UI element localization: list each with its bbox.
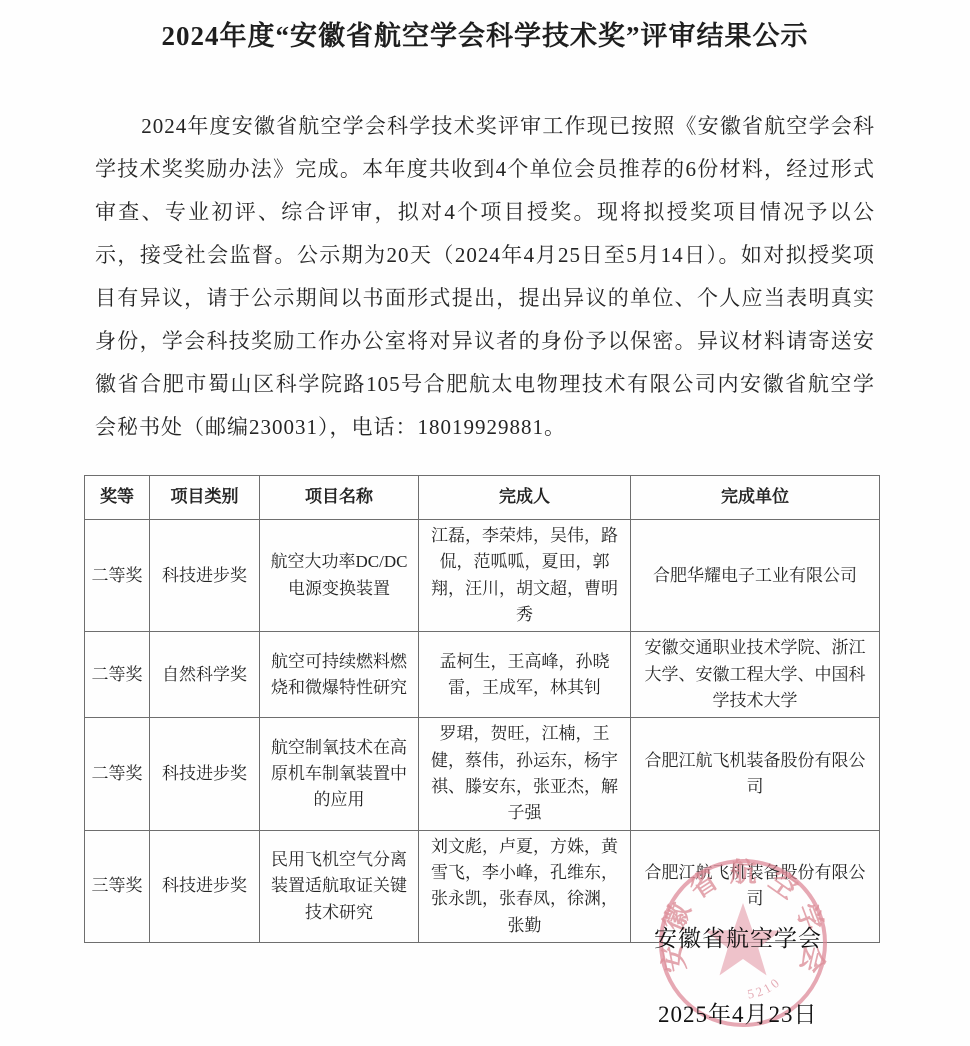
table-cell: 江磊，李荣炜，吴伟，路侃，范呱呱，夏田，郭翔，汪川，胡文超，曹明秀	[419, 520, 631, 632]
table-header-row: 奖等 项目类别 项目名称 完成人 完成单位	[85, 476, 880, 520]
table-row: 二等奖科技进步奖航空制氧技术在高原机车制氧装置中的应用罗珺，贺旺，江楠，王健，蔡…	[85, 718, 880, 830]
svg-text:5210: 5210	[746, 974, 784, 1002]
table-cell: 二等奖	[85, 520, 150, 632]
table-cell: 二等奖	[85, 718, 150, 830]
table-cell: 航空制氧技术在高原机车制氧装置中的应用	[260, 718, 419, 830]
table-cell: 合肥江航飞机装备股份有限公司	[631, 830, 880, 942]
table-cell: 安徽交通职业技术学院、浙江大学、安徽工程大学、中国科学技术大学	[631, 632, 880, 718]
signature-date: 2025年4月23日	[658, 996, 818, 1029]
table-cell: 航空大功率DC/DC电源变换装置	[260, 520, 419, 632]
column-header-project-name: 项目名称	[260, 476, 419, 520]
table-cell: 二等奖	[85, 632, 150, 718]
table-cell: 民用飞机空气分离装置适航取证关键技术研究	[260, 830, 419, 942]
column-header-project-category: 项目类别	[150, 476, 260, 520]
column-header-completing-unit: 完成单位	[631, 476, 880, 520]
seal-code-digits: 5210	[746, 974, 784, 1002]
table-cell: 三等奖	[85, 830, 150, 942]
table-row: 二等奖科技进步奖航空大功率DC/DC电源变换装置江磊，李荣炜，吴伟，路侃，范呱呱…	[85, 520, 880, 632]
scanned-notice-page: 2024年度“安徽省航空学会科学技术奖”评审结果公示 2024年度安徽省航空学会…	[0, 0, 970, 1046]
table-cell: 合肥华耀电子工业有限公司	[631, 520, 880, 632]
table-cell: 科技进步奖	[150, 520, 260, 632]
table-cell: 孟柯生，王高峰，孙晓雷，王成军，林其钊	[419, 632, 631, 718]
table-cell: 科技进步奖	[150, 830, 260, 942]
award-results-table: 奖等 项目类别 项目名称 完成人 完成单位 二等奖科技进步奖航空大功率DC/DC…	[84, 475, 880, 943]
table-cell: 刘文彪，卢夏，方姝，黄雪飞，李小峰，孔维东，张永凯，张春凤，徐渊，张勤	[419, 830, 631, 942]
page-title: 2024年度“安徽省航空学会科学技术奖”评审结果公示	[0, 0, 970, 53]
table-cell: 罗珺，贺旺，江楠，王健，蔡伟，孙运东，杨宇祺、滕安东，张亚杰，解子强	[419, 718, 631, 830]
table-body: 二等奖科技进步奖航空大功率DC/DC电源变换装置江磊，李荣炜，吴伟，路侃，范呱呱…	[85, 520, 880, 943]
notice-body-paragraph: 2024年度安徽省航空学会科学技术奖评审工作现已按照《安徽省航空学会科学技术奖奖…	[95, 105, 875, 449]
table-row: 二等奖自然科学奖航空可持续燃料燃烧和微爆特性研究孟柯生，王高峰，孙晓雷，王成军，…	[85, 632, 880, 718]
table-cell: 自然科学奖	[150, 632, 260, 718]
table-cell: 航空可持续燃料燃烧和微爆特性研究	[260, 632, 419, 718]
column-header-award-grade: 奖等	[85, 476, 150, 520]
table-cell: 合肥江航飞机装备股份有限公司	[631, 718, 880, 830]
column-header-completers: 完成人	[419, 476, 631, 520]
table-row: 三等奖科技进步奖民用飞机空气分离装置适航取证关键技术研究刘文彪，卢夏，方姝，黄雪…	[85, 830, 880, 942]
table-cell: 科技进步奖	[150, 718, 260, 830]
